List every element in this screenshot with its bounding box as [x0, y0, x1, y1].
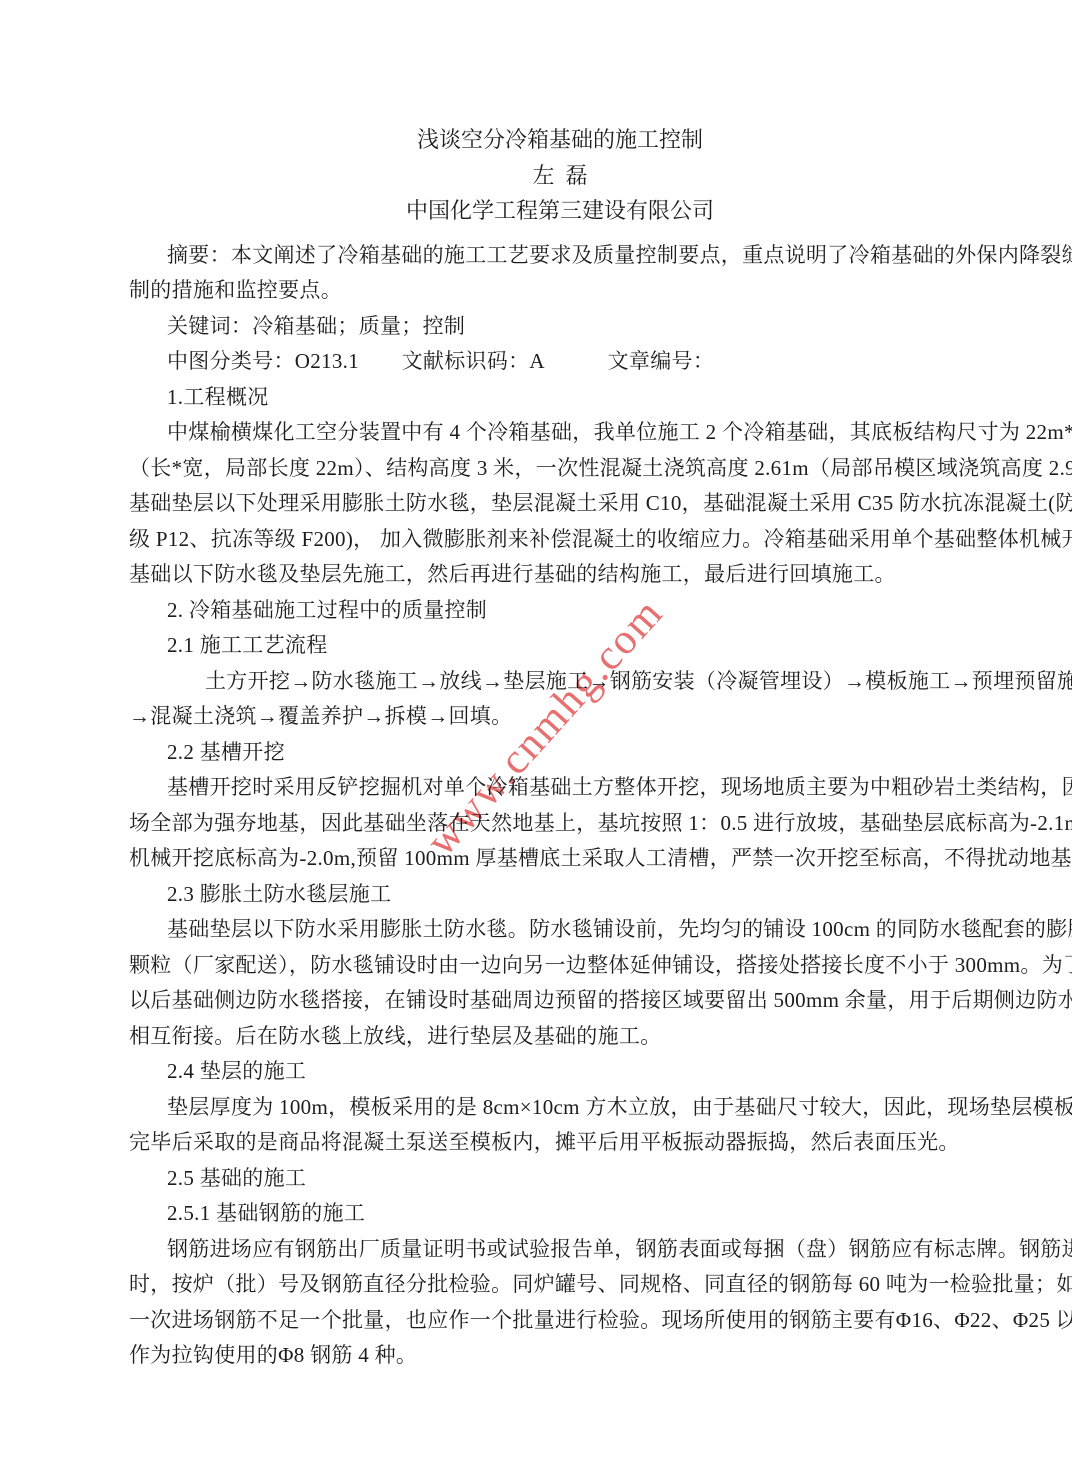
section-2-3-line-3: 以后基础侧边防水毯搭接，在铺设时基础周边预留的搭接区域要留出 500mm 余量，… [129, 983, 991, 1019]
section-2-3-line-2: 颗粒（厂家配送），防水毯铺设时由一边向另一边整体延伸铺设，搭接处搭接长度不小于 … [129, 948, 991, 984]
section-heading-2-1: 2.1 施工工艺流程 [129, 628, 991, 664]
section-2-5-1-line-1: 钢筋进场应有钢筋出厂质量证明书或试验报告单，钢筋表面或每捆（盘）钢筋应有标志牌。… [129, 1232, 991, 1268]
section-2-4-line-2: 完毕后采取的是商品将混凝土泵送至模板内，摊平后用平板振动器振捣，然后表面压光。 [129, 1125, 991, 1161]
classification-line: 中图分类号：O213.1 文献标识码：A 文章编号： [129, 344, 991, 380]
section-2-2-line-1: 基槽开挖时采用反铲挖掘机对单个冷箱基础土方整体开挖，现场地质主要为中粗砂岩土类结… [129, 770, 991, 806]
section-1-line-5: 基础以下防水毯及垫层先施工，然后再进行基础的结构施工，最后进行回填施工。 [129, 557, 991, 593]
section-2-2-line-2: 场全部为强夯地基，因此基础坐落在天然地基上，基坑按照 1：0.5 进行放坡，基础… [129, 806, 991, 842]
section-2-3-line-1: 基础垫层以下防水采用膨胀土防水毯。防水毯铺设前，先均匀的铺设 100cm 的同防… [129, 912, 991, 948]
section-heading-2-2: 2.2 基槽开挖 [129, 735, 991, 771]
section-1-line-4: 级 P12、抗冻等级 F200)， 加入微膨胀剂来补偿混凝土的收缩应力。冷箱基础… [129, 522, 991, 558]
page-title: 浅谈空分冷箱基础的施工控制 [129, 122, 991, 158]
section-heading-2: 2. 冷箱基础施工过程中的质量控制 [129, 593, 991, 629]
section-2-5-1-line-3: 一次进场钢筋不足一个批量，也应作一个批量进行检验。现场所使用的钢筋主要有Φ16、… [129, 1303, 991, 1339]
section-heading-2-3: 2.3 膨胀土防水毯层施工 [129, 877, 991, 913]
process-flow-line-2: →混凝土浇筑→覆盖养护→拆模→回填。 [129, 699, 991, 735]
section-1-line-1: 中煤榆横煤化工空分装置中有 4 个冷箱基础，我单位施工 2 个冷箱基础，其底板结… [129, 415, 991, 451]
document-content: 浅谈空分冷箱基础的施工控制 左 磊 中国化学工程第三建设有限公司 摘要：本文阐述… [129, 122, 991, 1374]
section-2-2-line-3: 机械开挖底标高为-2.0m,预留 100mm 厚基槽底土采取人工清槽，严禁一次开… [129, 841, 991, 877]
spacer [129, 229, 991, 238]
section-2-4-line-1: 垫层厚度为 100m，模板采用的是 8cm×10cm 方木立放，由于基础尺寸较大… [129, 1090, 991, 1126]
section-heading-2-5-1: 2.5.1 基础钢筋的施工 [129, 1196, 991, 1232]
author: 左 磊 [129, 158, 991, 194]
abstract-line-2: 制的措施和监控要点。 [129, 273, 991, 309]
section-heading-1: 1.工程概况 [129, 380, 991, 416]
section-1-line-2: （长*宽，局部长度 22m）、结构高度 3 米，一次性混凝土浇筑高度 2.61m… [129, 451, 991, 487]
section-1-line-3: 基础垫层以下处理采用膨胀土防水毯，垫层混凝土采用 C10，基础混凝土采用 C35… [129, 486, 991, 522]
section-heading-2-5: 2.5 基础的施工 [129, 1161, 991, 1197]
section-2-3-line-4: 相互衔接。后在防水毯上放线，进行垫层及基础的施工。 [129, 1019, 991, 1055]
affiliation: 中国化学工程第三建设有限公司 [129, 193, 991, 229]
keywords-line: 关键词：冷箱基础；质量；控制 [129, 309, 991, 345]
process-flow-line-1: 土方开挖→防水毯施工→放线→垫层施工→钢筋安装（冷凝管埋设）→模板施工→预埋预留… [129, 664, 991, 700]
section-2-5-1-line-4: 作为拉钩使用的Φ8 钢筋 4 种。 [129, 1338, 991, 1374]
section-2-5-1-line-2: 时，按炉（批）号及钢筋直径分批检验。同炉罐号、同规格、同直径的钢筋每 60 吨为… [129, 1267, 991, 1303]
document-page: www.cnmhg.com 浅谈空分冷箱基础的施工控制 左 磊 中国化学工程第三… [0, 0, 1072, 1458]
section-heading-2-4: 2.4 垫层的施工 [129, 1054, 991, 1090]
abstract-line-1: 摘要：本文阐述了冷箱基础的施工工艺要求及质量控制要点，重点说明了冷箱基础的外保内… [129, 238, 991, 274]
